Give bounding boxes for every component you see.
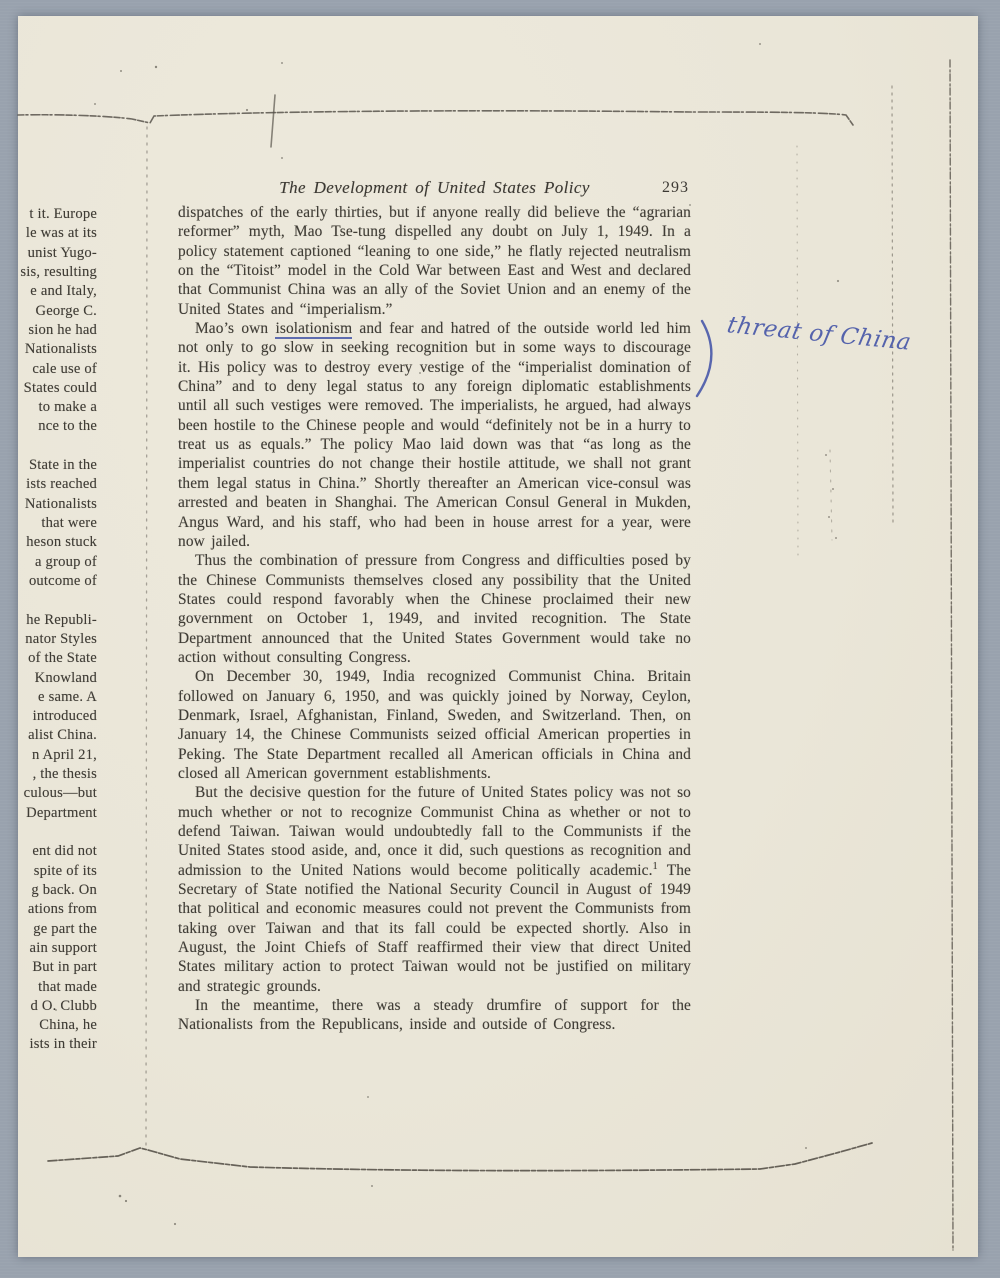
text-segment: and fear and hatred of the outside world… xyxy=(178,320,691,550)
fragment-line: cale use of xyxy=(16,360,97,379)
text-segment: Thus the combination of pressure from Co… xyxy=(178,552,691,666)
fragment-line: Nationalists xyxy=(16,495,97,514)
fragment-line: le was at its xyxy=(16,224,97,243)
text-segment: On December 30, 1949, India recognized C… xyxy=(178,668,691,782)
fragment-line: sion he had xyxy=(16,321,97,340)
paragraph: In the meantime, there was a steady drum… xyxy=(178,996,691,1035)
fragment-line: e same. A xyxy=(16,688,97,707)
fragment-line: ge part the xyxy=(16,920,97,939)
page-number: 293 xyxy=(662,179,689,197)
fragment-line: ists in their xyxy=(16,1035,97,1054)
fragment-line: ent did not xyxy=(16,842,97,861)
fragment-line: nator Styles xyxy=(16,630,97,649)
fragment-line: he Republi- xyxy=(16,611,97,630)
paragraph: On December 30, 1949, India recognized C… xyxy=(178,667,691,783)
fragment-line: a group of xyxy=(16,553,97,572)
fragment-line: to make a xyxy=(16,398,97,417)
fragment-line: of the State xyxy=(16,649,97,668)
paragraph: Thus the combination of pressure from Co… xyxy=(178,551,691,667)
fragment-line: e and Italy, xyxy=(16,282,97,301)
fragment-line: Knowland xyxy=(16,669,97,688)
fragment-line: George C. xyxy=(16,302,97,321)
text-segment: dispatches of the early thirties, but if… xyxy=(178,204,691,318)
adjacent-page-text-fragments: t it. Europele was at itsunist Yugo-sis,… xyxy=(16,205,97,1055)
fragment-line xyxy=(16,437,97,456)
paragraph: But the decisive question for the future… xyxy=(178,783,691,996)
fragment-line: State in the xyxy=(16,456,97,475)
fragment-line: ain support xyxy=(16,939,97,958)
fragment-line: d O. Clubb xyxy=(16,997,97,1016)
paragraph: Mao’s own isolationism and fear and hatr… xyxy=(178,319,691,551)
fragment-line: that were xyxy=(16,514,97,533)
fragment-line: that made xyxy=(16,978,97,997)
fragment-line: t it. Europe xyxy=(16,205,97,224)
pen-bracket-icon xyxy=(692,317,726,401)
fragment-line: States could xyxy=(16,379,97,398)
text-segment: But the decisive question for the future… xyxy=(178,784,691,878)
fragment-line: China, he xyxy=(16,1016,97,1035)
running-header: The Development of United States Policy … xyxy=(178,178,691,200)
fragment-line: nce to the xyxy=(16,417,97,436)
fragment-line: But in part xyxy=(16,958,97,977)
text-segment: The Secretary of State notified the Nati… xyxy=(178,862,691,995)
scanned-book-page: t it. Europele was at itsunist Yugo-sis,… xyxy=(0,0,1000,1278)
fragment-line: g back. On xyxy=(16,881,97,900)
fragment-line xyxy=(16,823,97,842)
fragment-line: , the thesis xyxy=(16,765,97,784)
pen-underlined-word: isolationism xyxy=(275,320,352,339)
fragment-line: introduced xyxy=(16,707,97,726)
fragment-line xyxy=(16,591,97,610)
body-text: dispatches of the early thirties, but if… xyxy=(178,203,691,1035)
fragment-line: n April 21, xyxy=(16,746,97,765)
fragment-line: ists reached xyxy=(16,475,97,494)
fragment-line: Nationalists xyxy=(16,340,97,359)
page-title: The Development of United States Policy xyxy=(279,178,590,197)
text-segment: Mao’s own xyxy=(195,320,275,337)
fragment-line: ations from xyxy=(16,900,97,919)
fragment-line: culous—but xyxy=(16,784,97,803)
fragment-line: Department xyxy=(16,804,97,823)
fragment-line: spite of its xyxy=(16,862,97,881)
fragment-line: sis, resulting xyxy=(16,263,97,282)
text-segment: In the meantime, there was a steady drum… xyxy=(178,997,691,1033)
fragment-line: unist Yugo- xyxy=(16,244,97,263)
fragment-line: heson stuck xyxy=(16,533,97,552)
fragment-line: alist China. xyxy=(16,726,97,745)
paragraph: dispatches of the early thirties, but if… xyxy=(178,203,691,319)
fragment-line: outcome of xyxy=(16,572,97,591)
